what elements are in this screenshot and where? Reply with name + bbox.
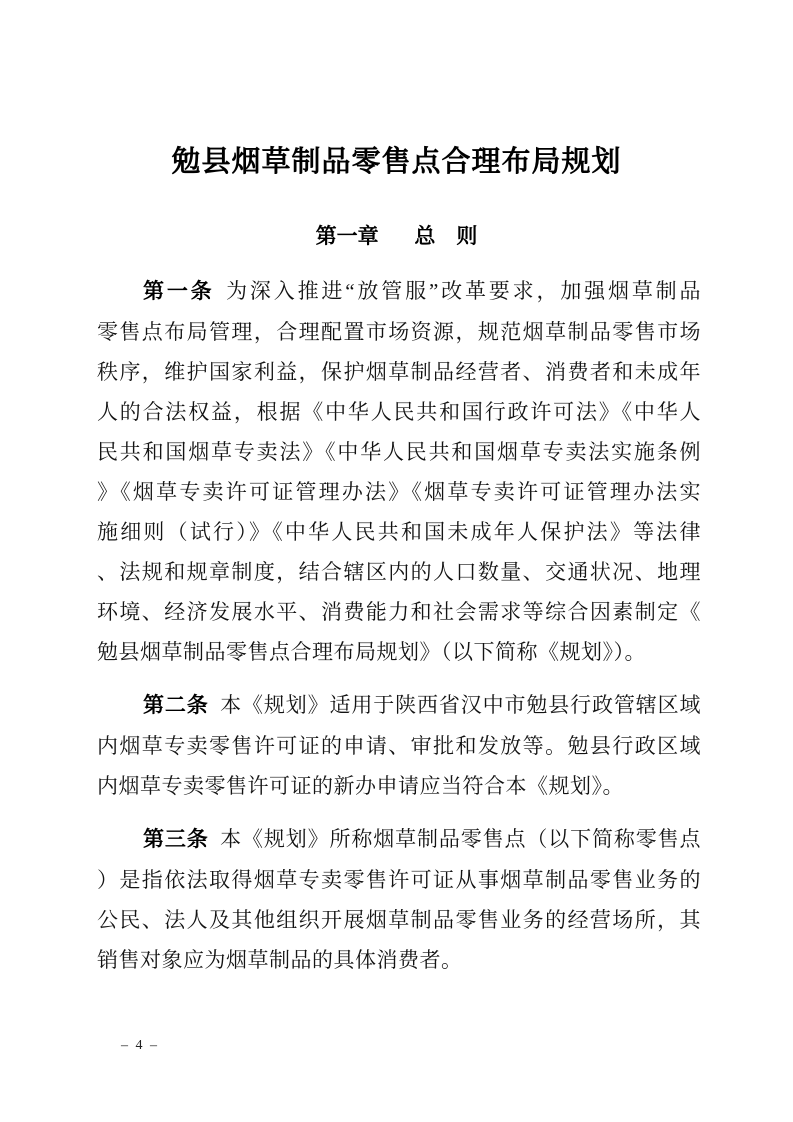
article-3: 第三条本《规划》所称烟草制品零售点（以下简称零售点 ）是指依法取得烟草专卖零售许… bbox=[97, 819, 701, 980]
paragraph-line: 第二条本《规划》适用于陕西省汉中市勉县行政管辖区域 bbox=[97, 685, 701, 726]
paragraph-line: 内烟草专卖零售许可证的申请、审批和发放等。勉县行政区域 bbox=[97, 726, 701, 766]
page-number: – 4 – bbox=[121, 1038, 159, 1054]
chapter-heading: 第一章总 则 bbox=[0, 222, 793, 252]
paragraph-text: 为深入推进“放管服”改革要求，加强烟草制品 bbox=[226, 279, 701, 303]
paragraph-line: 勉县烟草制品零售点合理布局规划》（以下简称《规划》）。 bbox=[97, 632, 701, 672]
paragraph-line: 内烟草专卖零售许可证的新办申请应当符合本《规划》。 bbox=[97, 766, 701, 806]
paragraph-line: 、法规和规章制度，结合辖区内的人口数量、交通状况、地理 bbox=[97, 552, 701, 592]
paragraph-line: ）是指依法取得烟草专卖零售许可证从事烟草制品零售业务的 bbox=[97, 860, 701, 900]
paragraph-line: 人的合法权益，根据《中华人民共和国行政许可法》《中华人 bbox=[97, 392, 701, 432]
article-2: 第二条本《规划》适用于陕西省汉中市勉县行政管辖区域 内烟草专卖零售许可证的申请、… bbox=[97, 685, 701, 806]
paragraph-line: 》《烟草专卖许可证管理办法》《烟草专卖许可证管理办法实 bbox=[97, 472, 701, 512]
article-1-label: 第一条 bbox=[143, 280, 215, 303]
chapter-number: 第一章 bbox=[316, 225, 379, 248]
paragraph-line: 秩序，维护国家利益，保护烟草制品经营者、消费者和未成年 bbox=[97, 352, 701, 392]
paragraph-line: 销售对象应为烟草制品的具体消费者。 bbox=[97, 940, 701, 980]
document-title: 勉县烟草制品零售点合理布局规划 bbox=[0, 144, 793, 180]
article-3-label: 第三条 bbox=[143, 828, 209, 851]
chapter-title: 总 则 bbox=[414, 225, 477, 248]
article-2-label: 第二条 bbox=[143, 694, 209, 717]
document-page: 勉县烟草制品零售点合理布局规划 第一章总 则 第一条为深入推进“放管服”改革要求… bbox=[0, 0, 793, 1122]
paragraph-line: 施细则（试行）》《中华人民共和国未成年人保护法》等法律 bbox=[97, 512, 701, 552]
paragraph-line: 公民、法人及其他组织开展烟草制品零售业务的经营场所，其 bbox=[97, 900, 701, 940]
paragraph-text: 本《规划》适用于陕西省汉中市勉县行政管辖区域 bbox=[220, 693, 701, 717]
article-1: 第一条为深入推进“放管服”改革要求，加强烟草制品 零售点布局管理，合理配置市场资… bbox=[97, 271, 701, 672]
paragraph-line: 第一条为深入推进“放管服”改革要求，加强烟草制品 bbox=[97, 271, 701, 312]
paragraph-line: 环境、经济发展水平、消费能力和社会需求等综合因素制定《 bbox=[97, 592, 701, 632]
paragraph-line: 第三条本《规划》所称烟草制品零售点（以下简称零售点 bbox=[97, 819, 701, 860]
paragraph-text: 本《规划》所称烟草制品零售点（以下简称零售点 bbox=[220, 827, 701, 851]
paragraph-line: 民共和国烟草专卖法》《中华人民共和国烟草专卖法实施条例 bbox=[97, 432, 701, 472]
document-body: 第一条为深入推进“放管服”改革要求，加强烟草制品 零售点布局管理，合理配置市场资… bbox=[97, 271, 701, 980]
paragraph-line: 零售点布局管理，合理配置市场资源，规范烟草制品零售市场 bbox=[97, 312, 701, 352]
